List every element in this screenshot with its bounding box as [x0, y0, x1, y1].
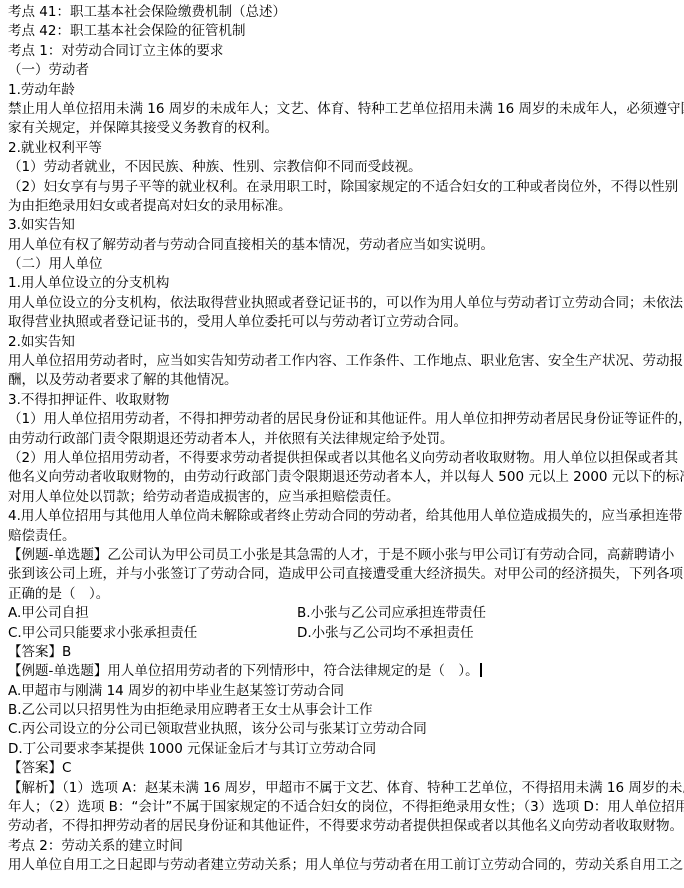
option-cell: D.小张与乙公司均不承担责任 [297, 624, 474, 643]
text-line: 赔偿责任。 [8, 527, 676, 546]
text-span: 考点 1：对劳动合同订立主体的要求 [8, 43, 223, 59]
text-line: 2.就业权利平等 [8, 139, 676, 158]
option-cell: A.甲公司自担 [8, 604, 297, 623]
text-line: 考点 2：劳动关系的建立时间 [8, 837, 676, 856]
text-span: 赔偿责任。 [8, 528, 76, 544]
text-line: 3.如实告知 [8, 216, 676, 235]
text-span: 劳动者，不得扣押劳动者的居民身份证和其他证件，不得要求劳动者提供担保或者以其他名… [8, 818, 683, 834]
text-caret [480, 663, 482, 677]
text-span: 【例题-单选题】乙公司认为甲公司员工小张是其急需的人才，于是不顾小张与甲公司订有… [8, 547, 674, 563]
text-span: 禁止用人单位招用未满 16 周岁的未成年人；文艺、体育、特种工艺单位招用未满 1… [8, 101, 684, 117]
text-span: （二）用人单位 [8, 256, 103, 272]
text-span: 酬，以及劳动者要求了解的其他情况。 [8, 372, 238, 388]
text-line: 他名义向劳动者收取财物的，由劳动行政部门责令限期退还劳动者本人，并以每人 500… [8, 468, 676, 487]
text-line: C.丙公司设立的分公司已领取营业执照，该分公司与张某订立劳动合同 [8, 720, 676, 739]
text-span: 3.如实告知 [8, 217, 75, 233]
option-cell: C.甲公司只能要求小张承担责任 [8, 624, 297, 643]
text-line: （二）用人单位 [8, 255, 676, 274]
text-span: 为由拒绝录用妇女或者提高对妇女的录用标准。 [8, 198, 292, 214]
text-line: 正确的是（ ）。 [8, 585, 676, 604]
text-line: 张到该公司上班，并与小张签订了劳动合同，造成甲公司直接遭受重大经济损失。对甲公司… [8, 565, 676, 584]
text-span: （2）妇女享有与男子平等的就业权利。在录用职工时，除国家规定的不适合妇女的工种或… [8, 179, 678, 195]
text-line: （2）妇女享有与男子平等的就业权利。在录用职工时，除国家规定的不适合妇女的工种或… [8, 178, 676, 197]
text-line: （1）劳动者就业，不因民族、种族、性别、宗教信仰不同而受歧视。 [8, 158, 676, 177]
text-span: 2.如实告知 [8, 334, 75, 350]
text-span: 对用人单位处以罚款；给劳动者造成损害的，应当承担赔偿责任。 [8, 489, 400, 505]
text-line: 1.用人单位设立的分支机构 [8, 274, 676, 293]
text-span: 2.就业权利平等 [8, 140, 102, 156]
text-line: 考点 41：职工基本社会保险缴费机制（总述） [8, 3, 676, 22]
text-line: 考点 1：对劳动合同订立主体的要求 [8, 42, 676, 61]
text-line: 4.用人单位招用与其他用人单位尚未解除或者终止劳动合同的劳动者，给其他用人单位造… [8, 507, 676, 526]
text-span: 取得营业执照或者登记证书的，受用人单位委托可以与劳动者订立劳动合同。 [8, 314, 467, 330]
text-line: 【答案】C [8, 759, 676, 778]
text-span: 1.用人单位设立的分支机构 [8, 275, 169, 291]
text-line: 由劳动行政部门责令限期退还劳动者本人，并依照有关法律规定给予处罚。 [8, 430, 676, 449]
text-span: A.甲超市与刚满 14 周岁的初中毕业生赵某签订劳动合同 [8, 683, 344, 699]
text-span: 【答案】C [8, 760, 71, 776]
text-span: 【例题-单选题】用人单位招用劳动者的下列情形中，符合法律规定的是（ ）。 [8, 663, 479, 679]
text-line: 年人；（2）选项 B：“会计”不属于国家规定的不适合妇女的岗位，不得拒绝录用女性… [8, 798, 676, 817]
text-line: 【解析】（1）选项 A：赵某未满 16 周岁，甲超市不属于文艺、体育、特种工艺单… [8, 779, 676, 798]
text-line: （1）用人单位招用劳动者，不得扣押劳动者的居民身份证和其他证件。用人单位扣押劳动… [8, 410, 676, 429]
text-span: 4.用人单位招用与其他用人单位尚未解除或者终止劳动合同的劳动者，给其他用人单位造… [8, 508, 682, 524]
text-span: 【答案】B [8, 644, 71, 660]
text-line: 取得营业执照或者登记证书的，受用人单位委托可以与劳动者订立劳动合同。 [8, 313, 676, 332]
text-line: 1.劳动年龄 [8, 81, 676, 100]
text-line: （一）劳动者 [8, 61, 676, 80]
text-span: B.乙公司以只招男性为由拒绝录用应聘者王女士从事会计工作 [8, 702, 373, 718]
text-span: 考点 42：职工基本社会保险的征管机制 [8, 23, 245, 39]
text-span: 用人单位招用劳动者时，应当如实告知劳动者工作内容、工作条件、工作地点、职业危害、… [8, 353, 683, 369]
text-span: 张到该公司上班，并与小张签订了劳动合同，造成甲公司直接遭受重大经济损失。对甲公司… [8, 566, 683, 582]
text-line: 【答案】B [8, 643, 676, 662]
text-line: 劳动者，不得扣押劳动者的居民身份证和其他证件，不得要求劳动者提供担保或者以其他名… [8, 817, 676, 836]
text-line: 对用人单位处以罚款；给劳动者造成损害的，应当承担赔偿责任。 [8, 488, 676, 507]
text-span: （1）劳动者就业，不因民族、种族、性别、宗教信仰不同而受歧视。 [8, 159, 422, 175]
option-cell: B.小张与乙公司应承担连带责任 [297, 604, 486, 623]
text-span: 正确的是（ ）。 [8, 586, 109, 602]
text-span: 家有关规定，并保障其接受义务教育的权利。 [8, 120, 278, 136]
text-line: 【例题-单选题】用人单位招用劳动者的下列情形中，符合法律规定的是（ ）。 [8, 662, 676, 681]
text-span: C.丙公司设立的分公司已领取营业执照，该分公司与张某订立劳动合同 [8, 721, 427, 737]
text-line: 用人单位有权了解劳动者与劳动合同直接相关的基本情况，劳动者应当如实说明。 [8, 236, 676, 255]
text-line: 家有关规定，并保障其接受义务教育的权利。 [8, 119, 676, 138]
text-line: 酬，以及劳动者要求了解的其他情况。 [8, 371, 676, 390]
text-span: D.丁公司要求李某提供 1000 元保证金后才与其订立劳动合同 [8, 741, 376, 757]
text-span: 3.不得扣押证件、收取财物 [8, 392, 169, 408]
text-span: 他名义向劳动者收取财物的，由劳动行政部门责令限期退还劳动者本人，并以每人 500… [8, 469, 684, 485]
text-line: 3.不得扣押证件、收取财物 [8, 391, 676, 410]
text-span: （1）用人单位招用劳动者，不得扣押劳动者的居民身份证和其他证件。用人单位扣押劳动… [8, 411, 684, 427]
text-span: （一）劳动者 [8, 62, 89, 78]
text-span: 用人单位设立的分支机构，依法取得营业执照或者登记证书的，可以作为用人单位与劳动者… [8, 295, 683, 311]
text-span: 1.劳动年龄 [8, 82, 75, 98]
text-span: 用人单位自用工之日起即与劳动者建立劳动关系；用人单位与劳动者在用工前订立劳动合同… [8, 857, 683, 873]
text-line: 考点 42：职工基本社会保险的征管机制 [8, 22, 676, 41]
text-line: B.乙公司以只招男性为由拒绝录用应聘者王女士从事会计工作 [8, 701, 676, 720]
text-span: 由劳动行政部门责令限期退还劳动者本人，并依照有关法律规定给予处罚。 [8, 431, 454, 447]
text-line: D.丁公司要求李某提供 1000 元保证金后才与其订立劳动合同 [8, 740, 676, 759]
option-row: C.甲公司只能要求小张承担责任D.小张与乙公司均不承担责任 [8, 624, 676, 643]
text-line: 禁止用人单位招用未满 16 周岁的未成年人；文艺、体育、特种工艺单位招用未满 1… [8, 100, 676, 119]
text-line: 为由拒绝录用妇女或者提高对妇女的录用标准。 [8, 197, 676, 216]
document-page[interactable]: 考点 41：职工基本社会保险缴费机制（总述）考点 42：职工基本社会保险的征管机… [0, 0, 684, 888]
text-span: 考点 2：劳动关系的建立时间 [8, 838, 183, 854]
text-line: 用人单位招用劳动者时，应当如实告知劳动者工作内容、工作条件、工作地点、职业危害、… [8, 352, 676, 371]
text-line: （2）用人单位招用劳动者，不得要求劳动者提供担保或者以其他名义向劳动者收取财物。… [8, 449, 676, 468]
text-line: A.甲超市与刚满 14 周岁的初中毕业生赵某签订劳动合同 [8, 682, 676, 701]
text-line: 2.如实告知 [8, 333, 676, 352]
text-span: 年人；（2）选项 B：“会计”不属于国家规定的不适合妇女的岗位，不得拒绝录用女性… [8, 799, 684, 815]
option-row: A.甲公司自担B.小张与乙公司应承担连带责任 [8, 604, 676, 623]
text-span: 用人单位有权了解劳动者与劳动合同直接相关的基本情况，劳动者应当如实说明。 [8, 237, 494, 253]
text-span: 【解析】（1）选项 A：赵某未满 16 周岁，甲超市不属于文艺、体育、特种工艺单… [8, 780, 684, 796]
text-line: 用人单位设立的分支机构，依法取得营业执照或者登记证书的，可以作为用人单位与劳动者… [8, 294, 676, 313]
text-line: 【例题-单选题】乙公司认为甲公司员工小张是其急需的人才，于是不顾小张与甲公司订有… [8, 546, 676, 565]
text-span: （2）用人单位招用劳动者，不得要求劳动者提供担保或者以其他名义向劳动者收取财物。… [8, 450, 678, 466]
text-line: 用人单位自用工之日起即与劳动者建立劳动关系；用人单位与劳动者在用工前订立劳动合同… [8, 856, 676, 875]
text-span: 考点 41：职工基本社会保险缴费机制（总述） [8, 4, 286, 20]
